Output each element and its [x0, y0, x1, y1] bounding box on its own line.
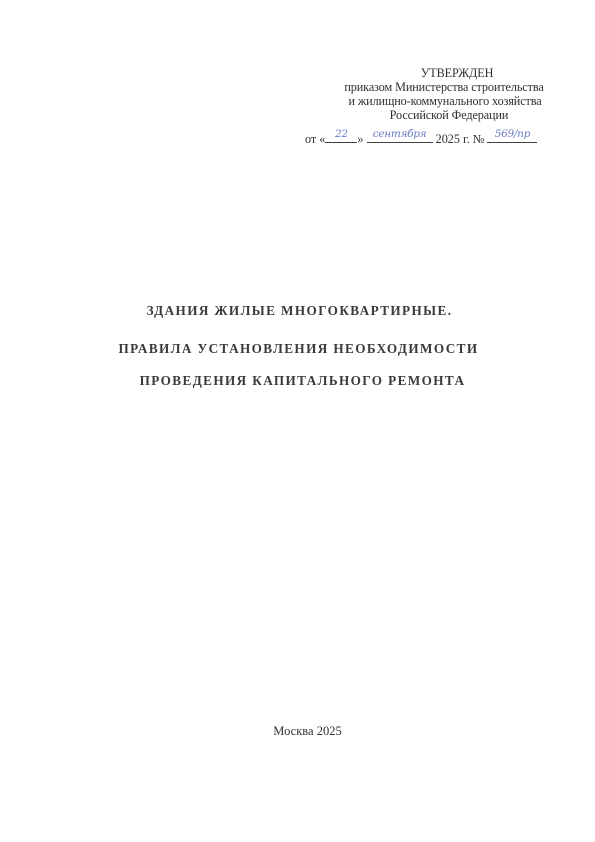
- order-number-field: 569/пр: [487, 130, 537, 143]
- date-day-handwritten: 22: [325, 127, 357, 141]
- footer-city-year: Москва 2025: [0, 724, 595, 739]
- date-year: 2025 г. №: [436, 132, 485, 146]
- approval-line-ministry: приказом Министерства строительства: [300, 80, 580, 94]
- title-line-2-text: ПРАВИЛА УСТАНОВЛЕНИЯ НЕОБХОДИМОСТИ: [118, 341, 478, 356]
- approval-heading: УТВЕРЖДЕН: [300, 66, 580, 80]
- document-title-line-3: ПРОВЕДЕНИЯ КАПИТАЛЬНОГО РЕМОНТА: [0, 373, 595, 389]
- document-title-line-2: ПРАВИЛА УСТАНОВЛЕНИЯ НЕОБХОДИМОСТИ: [0, 341, 595, 357]
- date-day-field: 22: [325, 130, 357, 143]
- title-line-1-text: ЗДАНИЯ ЖИЛЫЕ МНОГОКВАРТИРНЫЕ.: [147, 303, 453, 318]
- date-month-field: сентября: [367, 130, 433, 143]
- approval-line-federation: Российской Федерации: [300, 108, 580, 122]
- document-title-line-1: ЗДАНИЯ ЖИЛЫЕ МНОГОКВАРТИРНЫЕ.: [0, 303, 595, 319]
- approval-line-housing: и жилищно-коммунального хозяйства: [300, 94, 580, 108]
- order-number-handwritten: 569/пр: [487, 127, 537, 141]
- footer-city-year-text: Москва 2025: [273, 724, 341, 738]
- date-prefix: от «: [305, 132, 325, 146]
- approval-stamp-block: УТВЕРЖДЕН приказом Министерства строител…: [300, 66, 580, 122]
- title-line-3-text: ПРОВЕДЕНИЯ КАПИТАЛЬНОГО РЕМОНТА: [140, 373, 466, 388]
- document-page: УТВЕРЖДЕН приказом Министерства строител…: [0, 0, 595, 842]
- date-close-quote: »: [357, 132, 363, 146]
- date-month-handwritten: сентября: [367, 127, 433, 141]
- approval-date-line: от «22» сентября 2025 г. № 569/пр: [305, 130, 537, 146]
